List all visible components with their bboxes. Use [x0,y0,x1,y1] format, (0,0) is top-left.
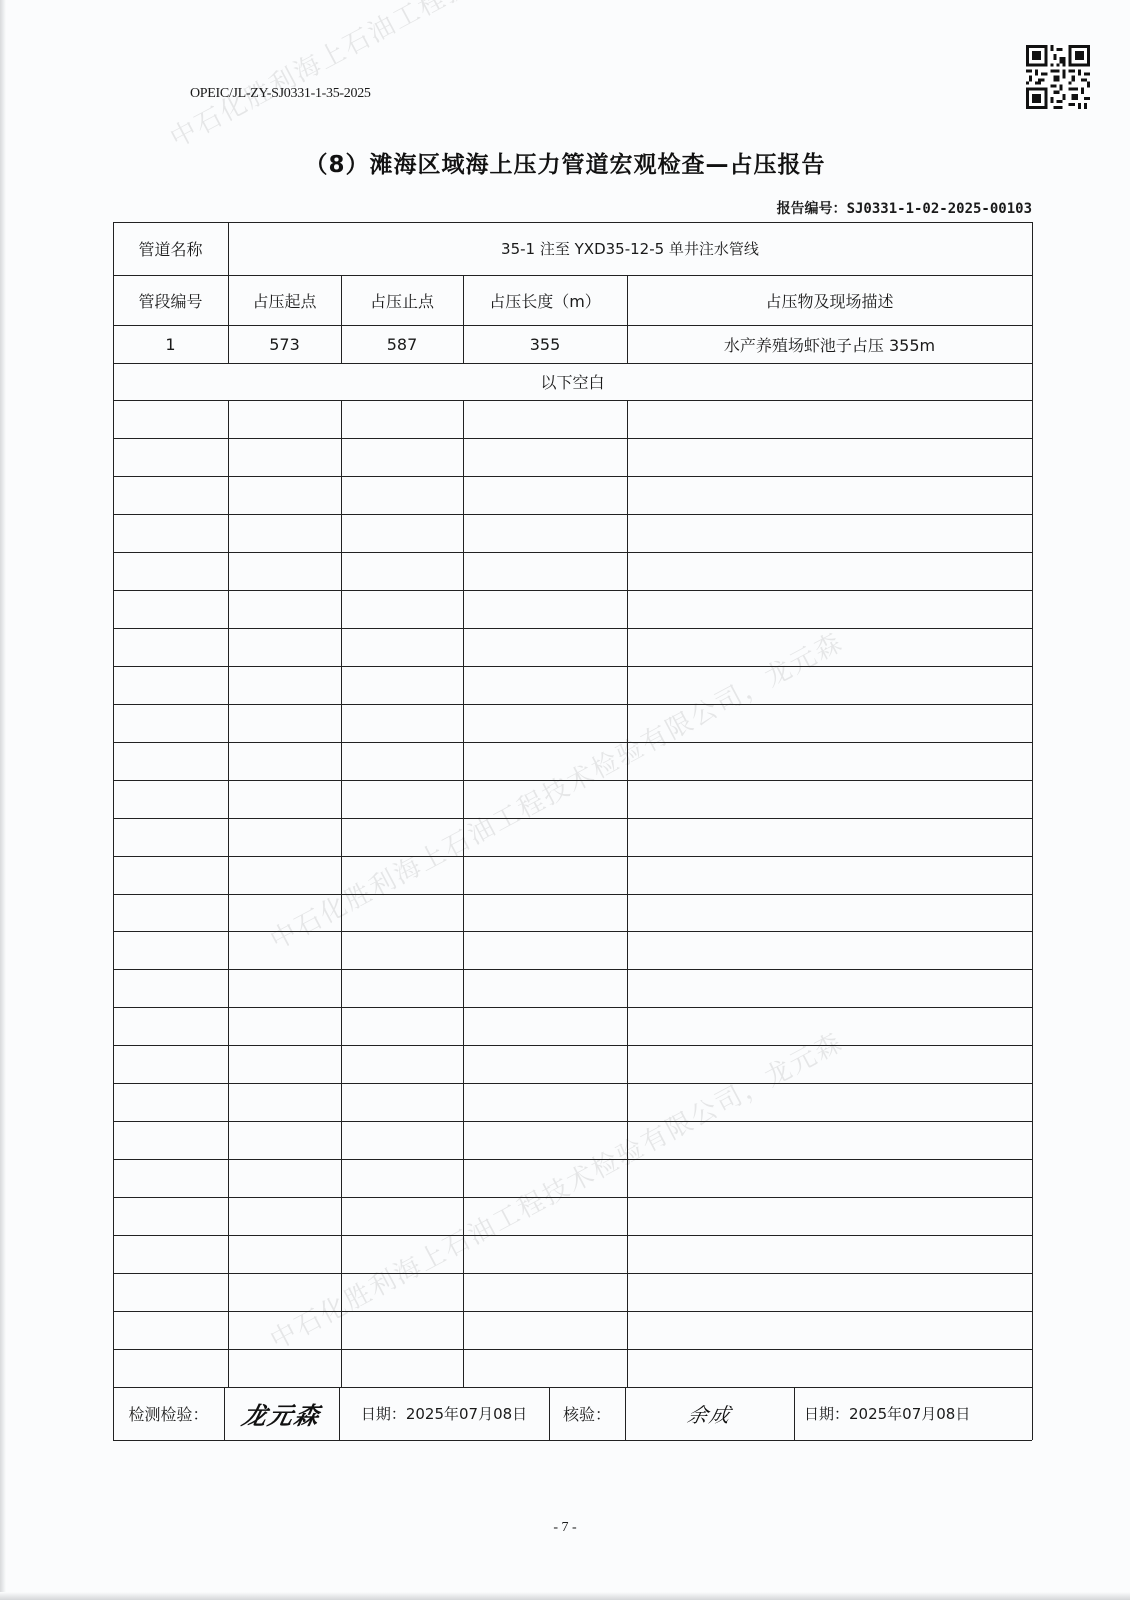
page-edge [0,1592,1130,1600]
table-row [113,894,1032,932]
table-rule [113,222,1032,223]
table-row [113,514,1032,552]
table-rule [113,1440,1032,1441]
occupation-report-table: 管道名称 35-1 注至 YXD35-12-5 单井注水管线 管段编号 占压起点… [113,222,1032,1440]
table-row [113,628,1032,666]
pipeline-name-label: 管道名称 [113,222,228,275]
column-header-start-point: 占压起点 [228,275,341,325]
report-number-label: 报告编号： [777,201,847,217]
table-row [113,969,1032,1007]
cell-start-point: 573 [228,325,341,363]
table-row [113,1235,1032,1273]
reviewer-signature-text: 余成 [684,1399,734,1428]
watermark: 中石化胜利海上石油工程技术检验有限公司，龙元森 [163,0,749,155]
table-row [113,1159,1032,1197]
table-row [113,666,1032,704]
table-row [113,552,1032,590]
table-row [113,1273,1032,1311]
inspector-label: 检测检验： [113,1387,224,1440]
table-row [113,590,1032,628]
table-row [113,476,1032,514]
reviewer-label: 核验： [549,1387,625,1440]
blank-below-note: 以下空白 [113,363,1032,400]
table-row [113,704,1032,742]
column-header-end-point: 占压止点 [341,275,463,325]
inspector-date: 日期：2025年07月08日 [339,1387,549,1440]
table-rule [224,1387,225,1440]
column-header-description: 占压物及现场描述 [627,275,1032,325]
report-number-value: SJ0331-1-02-2025-00103 [847,201,1032,217]
column-header-length: 占压长度（m） [463,275,627,325]
table-row [113,1121,1032,1159]
cell-segment-no: 1 [113,325,228,363]
table-row [113,742,1032,780]
table-row [113,931,1032,969]
column-header-segment-no: 管段编号 [113,275,228,325]
cell-length: 355 [463,325,627,363]
cell-end-point: 587 [341,325,463,363]
page-edge [0,0,6,1600]
table-row [113,400,1032,438]
table-row [113,1197,1032,1235]
table-row [113,856,1032,894]
table-row [113,438,1032,476]
table-row [113,818,1032,856]
qr-code-icon [1026,44,1090,110]
table-rule [113,1387,1032,1388]
page-number: - 7 - [0,1520,1130,1536]
table-rule [113,275,1032,276]
table-rule [463,275,464,363]
table-row [113,780,1032,818]
table-rule [339,1387,340,1440]
table-rule [627,275,628,363]
table-rule [341,275,342,363]
table-rule [228,222,229,363]
document-code: OPEIC/JL-ZY-SJ0331-1-35-2025 [190,86,371,102]
table-rule [113,363,1032,364]
table-rule [549,1387,550,1440]
table-rule [794,1387,795,1440]
table-row [113,1349,1032,1387]
table-rule [625,1387,626,1440]
page-title: （8）滩海区域海上压力管道宏观检查—占压报告 [0,146,1130,179]
reviewer-signature: 余成 [625,1387,794,1440]
table-row [113,1045,1032,1083]
cell-description: 水产养殖场虾池子占压 355m [627,325,1032,363]
pipeline-name-value: 35-1 注至 YXD35-12-5 单井注水管线 [228,222,1032,275]
inspector-signature-text: 龙元森 [239,1396,324,1431]
table-rule [1032,222,1033,1440]
reviewer-date: 日期：2025年07月08日 [794,1387,1032,1440]
table-row [113,1083,1032,1121]
table-row [113,1311,1032,1349]
report-number: 报告编号：SJ0331-1-02-2025-00103 [777,198,1032,218]
inspector-signature: 龙元森 [224,1387,339,1440]
table-row [113,1007,1032,1045]
table-rule [113,325,1032,326]
